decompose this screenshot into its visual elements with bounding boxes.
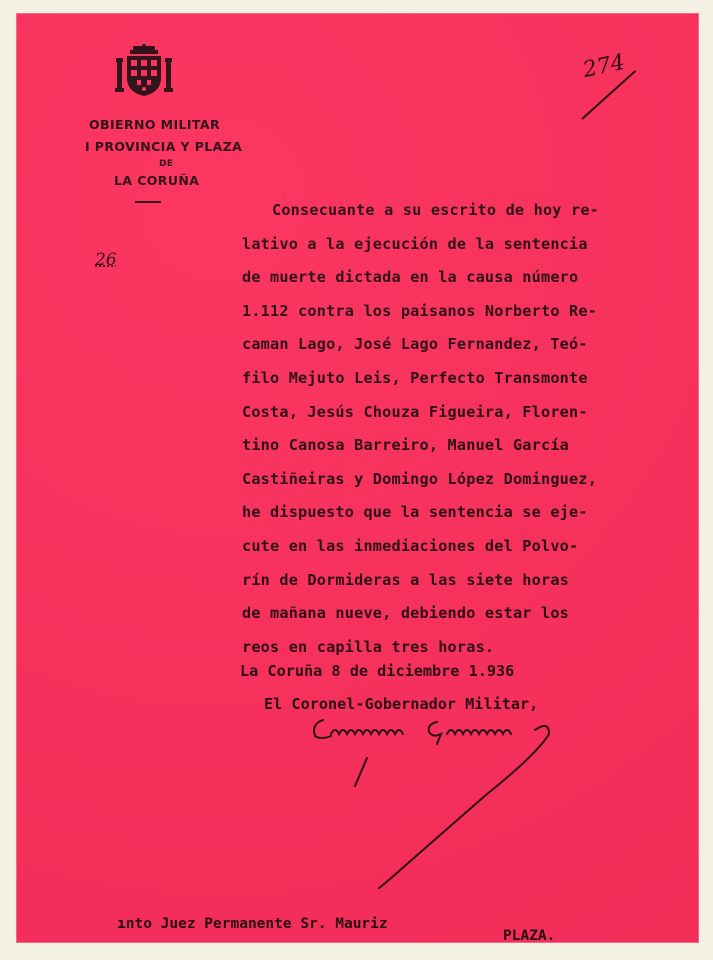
body-line: Consecuante a su escrito de hoy re- — [242, 194, 682, 228]
coat-of-arms-icon — [113, 44, 175, 98]
body-line: 1.112 contra los paisanos Norberto Re- — [242, 295, 682, 329]
letterhead-rule — [135, 201, 161, 203]
body-line: filo Mejuto Leis, Perfecto Transmonte — [242, 362, 682, 396]
body-line: lativo a la ejecución de la sentencia — [242, 228, 682, 262]
body-line: rín de Dormideras a las siete horas — [242, 564, 682, 598]
body-line: reos en capilla tres horas. — [242, 631, 682, 665]
body-line: de muerte dictada en la causa número — [242, 261, 682, 295]
letterhead: OBIERNO MILITAR I PROVINCIA Y PLAZA DE L… — [69, 114, 269, 192]
letter-body: Consecuante a su escrito de hoy re- lati… — [242, 194, 682, 664]
letterhead-line-4: LA CORUÑA — [69, 170, 269, 192]
letterhead-line-1: OBIERNO MILITAR — [69, 114, 269, 136]
body-line: tino Canosa Barreiro, Manuel García — [242, 429, 682, 463]
body-line: he dispuesto que la sentencia se eje- — [242, 496, 682, 530]
folio-number: 274 — [581, 50, 627, 83]
reference-number: 26 — [95, 250, 117, 270]
body-line: Castiñeiras y Domingo López Dominguez, — [242, 463, 682, 497]
letterhead-line-2: I PROVINCIA Y PLAZA — [69, 136, 269, 158]
addressee: ınto Juez Permanente Sr. Mauriz — [117, 916, 388, 932]
destination: PLAZA. — [503, 928, 555, 944]
body-line: cute en las inmediaciones del Polvo- — [242, 530, 682, 564]
body-line: de mañana nueve, debiendo estar los — [242, 597, 682, 631]
signature-icon — [287, 714, 617, 914]
body-line: Costa, Jesús Chouza Figueira, Floren- — [242, 396, 682, 430]
date-line: La Coruña 8 de diciembre 1.936 — [240, 662, 514, 680]
document-sheet: OBIERNO MILITAR I PROVINCIA Y PLAZA DE L… — [17, 14, 698, 942]
signer-title: El Coronel-Gobernador Militar, — [264, 695, 538, 713]
letterhead-line-3: DE — [69, 158, 269, 170]
body-line: caman Lago, José Lago Fernandez, Teó- — [242, 328, 682, 362]
